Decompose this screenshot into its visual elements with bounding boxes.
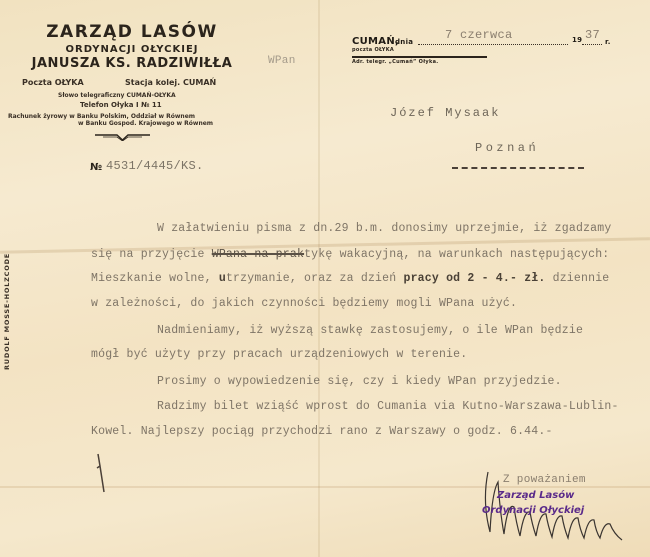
letterhead-telegraph: Słowo telegraficzny CUMAŃ-OŁYKA bbox=[58, 92, 176, 99]
telegraph-address: Adr. telegr. „Cumań” Ołyka. bbox=[352, 59, 438, 65]
letterhead-subtitle: ORDYNACJI OŁYCKIEJ bbox=[12, 44, 252, 55]
recipient-city: Poznań bbox=[475, 141, 539, 155]
body-line: Kowel. Najlepszy pociąg przychodzi rano … bbox=[91, 425, 553, 438]
date-day-month: 7 czerwca bbox=[445, 28, 513, 42]
body-text: tykę wakacyjną, na warunkach następujący… bbox=[304, 248, 609, 261]
body-line: Radzimy bilet wziąść wprost do Cumania v… bbox=[157, 400, 619, 413]
date-label: dnia bbox=[395, 38, 413, 46]
body-line: Nadmieniamy, iż wyższą stawkę zastosujem… bbox=[157, 324, 583, 337]
signature bbox=[480, 462, 630, 544]
date-century: 19 bbox=[572, 36, 582, 44]
recipient-name: Józef Mysaak bbox=[390, 106, 500, 120]
body-line: mógł być użyty przy pracach urządzeniowy… bbox=[91, 348, 467, 361]
body-text: dziennie bbox=[546, 272, 610, 285]
date-dotted-line bbox=[418, 44, 568, 45]
letterhead-rail-station: Stacja kolej. CUMAŃ bbox=[125, 78, 216, 87]
body-text: trzymanie, oraz za dzień bbox=[226, 272, 404, 285]
body-line: w zależności, do jakich czynności będzie… bbox=[91, 297, 517, 310]
body-line: się na przyjęcie WPana na praktykę wakac… bbox=[91, 248, 609, 261]
body-text-bold: u bbox=[219, 272, 226, 285]
struck-text: WPana na prak bbox=[212, 248, 304, 261]
ornament-icon bbox=[95, 133, 150, 141]
place-name: CUMAŃ, bbox=[352, 36, 399, 47]
header-rule bbox=[352, 56, 487, 58]
stamp-line-2: Ordynacji Ołyckiej bbox=[482, 505, 584, 516]
date-year-suffix: r. bbox=[605, 38, 611, 46]
letterhead-phone: Telefon Ołyka I № 11 bbox=[80, 101, 162, 109]
date-year: 37 bbox=[585, 28, 600, 42]
letterhead-title: ZARZĄD LASÓW bbox=[12, 22, 252, 42]
reference-number: 4531/4445/KS. bbox=[106, 159, 204, 173]
letterhead-account-2: w Banku Gospod. Krajowego w Równem bbox=[78, 120, 213, 127]
salutation-prefix: WPan bbox=[268, 55, 296, 67]
printer-imprint: RUDOLF MOSSE-HOLZCODE bbox=[3, 253, 11, 370]
body-text-bold: pracy od 2 - 4.- zł. bbox=[403, 272, 545, 285]
post-line: poczta OŁYKA bbox=[352, 47, 394, 53]
reference-label: № bbox=[90, 162, 102, 173]
letterhead-post: Poczta OŁYKA bbox=[22, 78, 84, 87]
body-line: Mieszkanie wolne, utrzymanie, oraz za dz… bbox=[91, 272, 609, 285]
city-underline bbox=[452, 167, 584, 169]
pencil-margin-mark bbox=[95, 452, 109, 494]
stamp-line-1: Zarząd Lasów bbox=[497, 490, 574, 501]
body-text: Mieszkanie wolne, bbox=[91, 272, 219, 285]
letterhead-account-1: Rachunek żyrowy w Banku Polskim, Oddział… bbox=[8, 113, 195, 120]
body-text: się na przyjęcie bbox=[91, 248, 212, 261]
body-line: W załatwieniu pisma z dn.29 b.m. donosim… bbox=[157, 222, 611, 235]
body-line: Prosimy o wypowiedzenie się, czy i kiedy… bbox=[157, 375, 562, 388]
year-dotted-line bbox=[582, 44, 602, 45]
letterhead-owner: JANUSZA KS. RADZIWIŁŁA bbox=[6, 56, 258, 71]
